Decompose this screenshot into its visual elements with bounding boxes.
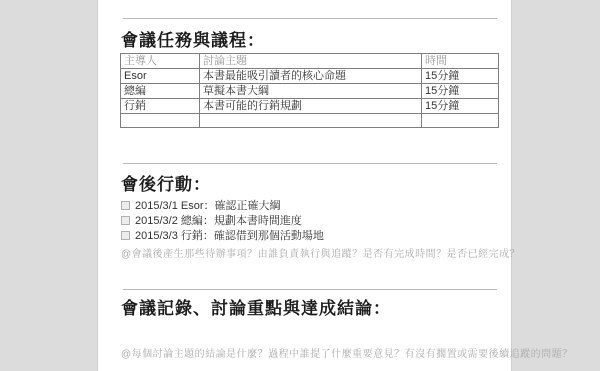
- agenda-cell-topic: [200, 114, 422, 128]
- agenda-cell-topic: 草擬本書大綱: [200, 84, 422, 99]
- agenda-cell-leader: 總編: [121, 84, 200, 99]
- table-row: 行銷 本書可能的行銷規劃 15分鐘: [121, 99, 499, 114]
- todo-label: 2015/3/2 總編：規劃本書時間進度: [135, 215, 302, 227]
- agenda-cell-time: 15分鐘: [422, 99, 499, 114]
- agenda-cell-leader: [121, 114, 200, 128]
- agenda-header-time: 時間: [422, 54, 499, 69]
- section-divider-actions: [123, 163, 497, 164]
- agenda-cell-time: 15分鐘: [422, 84, 499, 99]
- actions-hint-text: @會議後產生那些待辦事項？由誰負責執行與追蹤？是否有完成時間？是否已經完成？: [121, 245, 520, 260]
- minutes-hint-text: @每個討論主題的結論是什麼？過程中誰提了什麼重要意見？有沒有擱置或需要後續追蹤的…: [121, 345, 573, 360]
- agenda-header-topic: 討論主題: [200, 54, 422, 69]
- table-row: Esor 本書最能吸引讀者的核心命題 15分鐘: [121, 69, 499, 84]
- todo-item: 2015/3/3 行銷：確認借到那個活動場地: [121, 230, 324, 244]
- agenda-table-header-row: 主導人 討論主題 時間: [121, 54, 499, 69]
- actions-section-title: 會後行動：: [121, 170, 211, 195]
- todo-item: 2015/3/1 Esor：確認正確大綱: [121, 200, 281, 214]
- todo-label: 2015/3/3 行銷：確認借到那個活動場地: [135, 230, 324, 242]
- todo-checkbox[interactable]: [121, 216, 130, 225]
- agenda-header-leader: 主導人: [121, 54, 200, 69]
- table-row-empty: [121, 114, 499, 128]
- agenda-cell-topic: 本書最能吸引讀者的核心命題: [200, 69, 422, 84]
- note-content-panel: 會議任務與議程： 主導人 討論主題 時間 Esor 本書最能吸引讀者的核心命題 …: [97, 0, 512, 371]
- agenda-cell-time: [422, 114, 499, 128]
- agenda-section-title: 會議任務與議程：: [121, 26, 265, 51]
- todo-item: 2015/3/2 總編：規劃本書時間進度: [121, 215, 302, 229]
- section-divider-top: [123, 18, 497, 19]
- agenda-cell-leader: Esor: [121, 69, 200, 84]
- section-divider-minutes: [123, 289, 497, 290]
- todo-label: 2015/3/1 Esor：確認正確大綱: [135, 200, 281, 212]
- agenda-cell-time: 15分鐘: [422, 69, 499, 84]
- agenda-table: 主導人 討論主題 時間 Esor 本書最能吸引讀者的核心命題 15分鐘 總編 草…: [120, 53, 499, 128]
- agenda-cell-topic: 本書可能的行銷規劃: [200, 99, 422, 114]
- agenda-cell-leader: 行銷: [121, 99, 200, 114]
- todo-checkbox[interactable]: [121, 201, 130, 210]
- todo-checkbox[interactable]: [121, 231, 130, 240]
- minutes-section-title: 會議記錄、討論重點與達成結論：: [121, 294, 391, 319]
- table-row: 總編 草擬本書大綱 15分鐘: [121, 84, 499, 99]
